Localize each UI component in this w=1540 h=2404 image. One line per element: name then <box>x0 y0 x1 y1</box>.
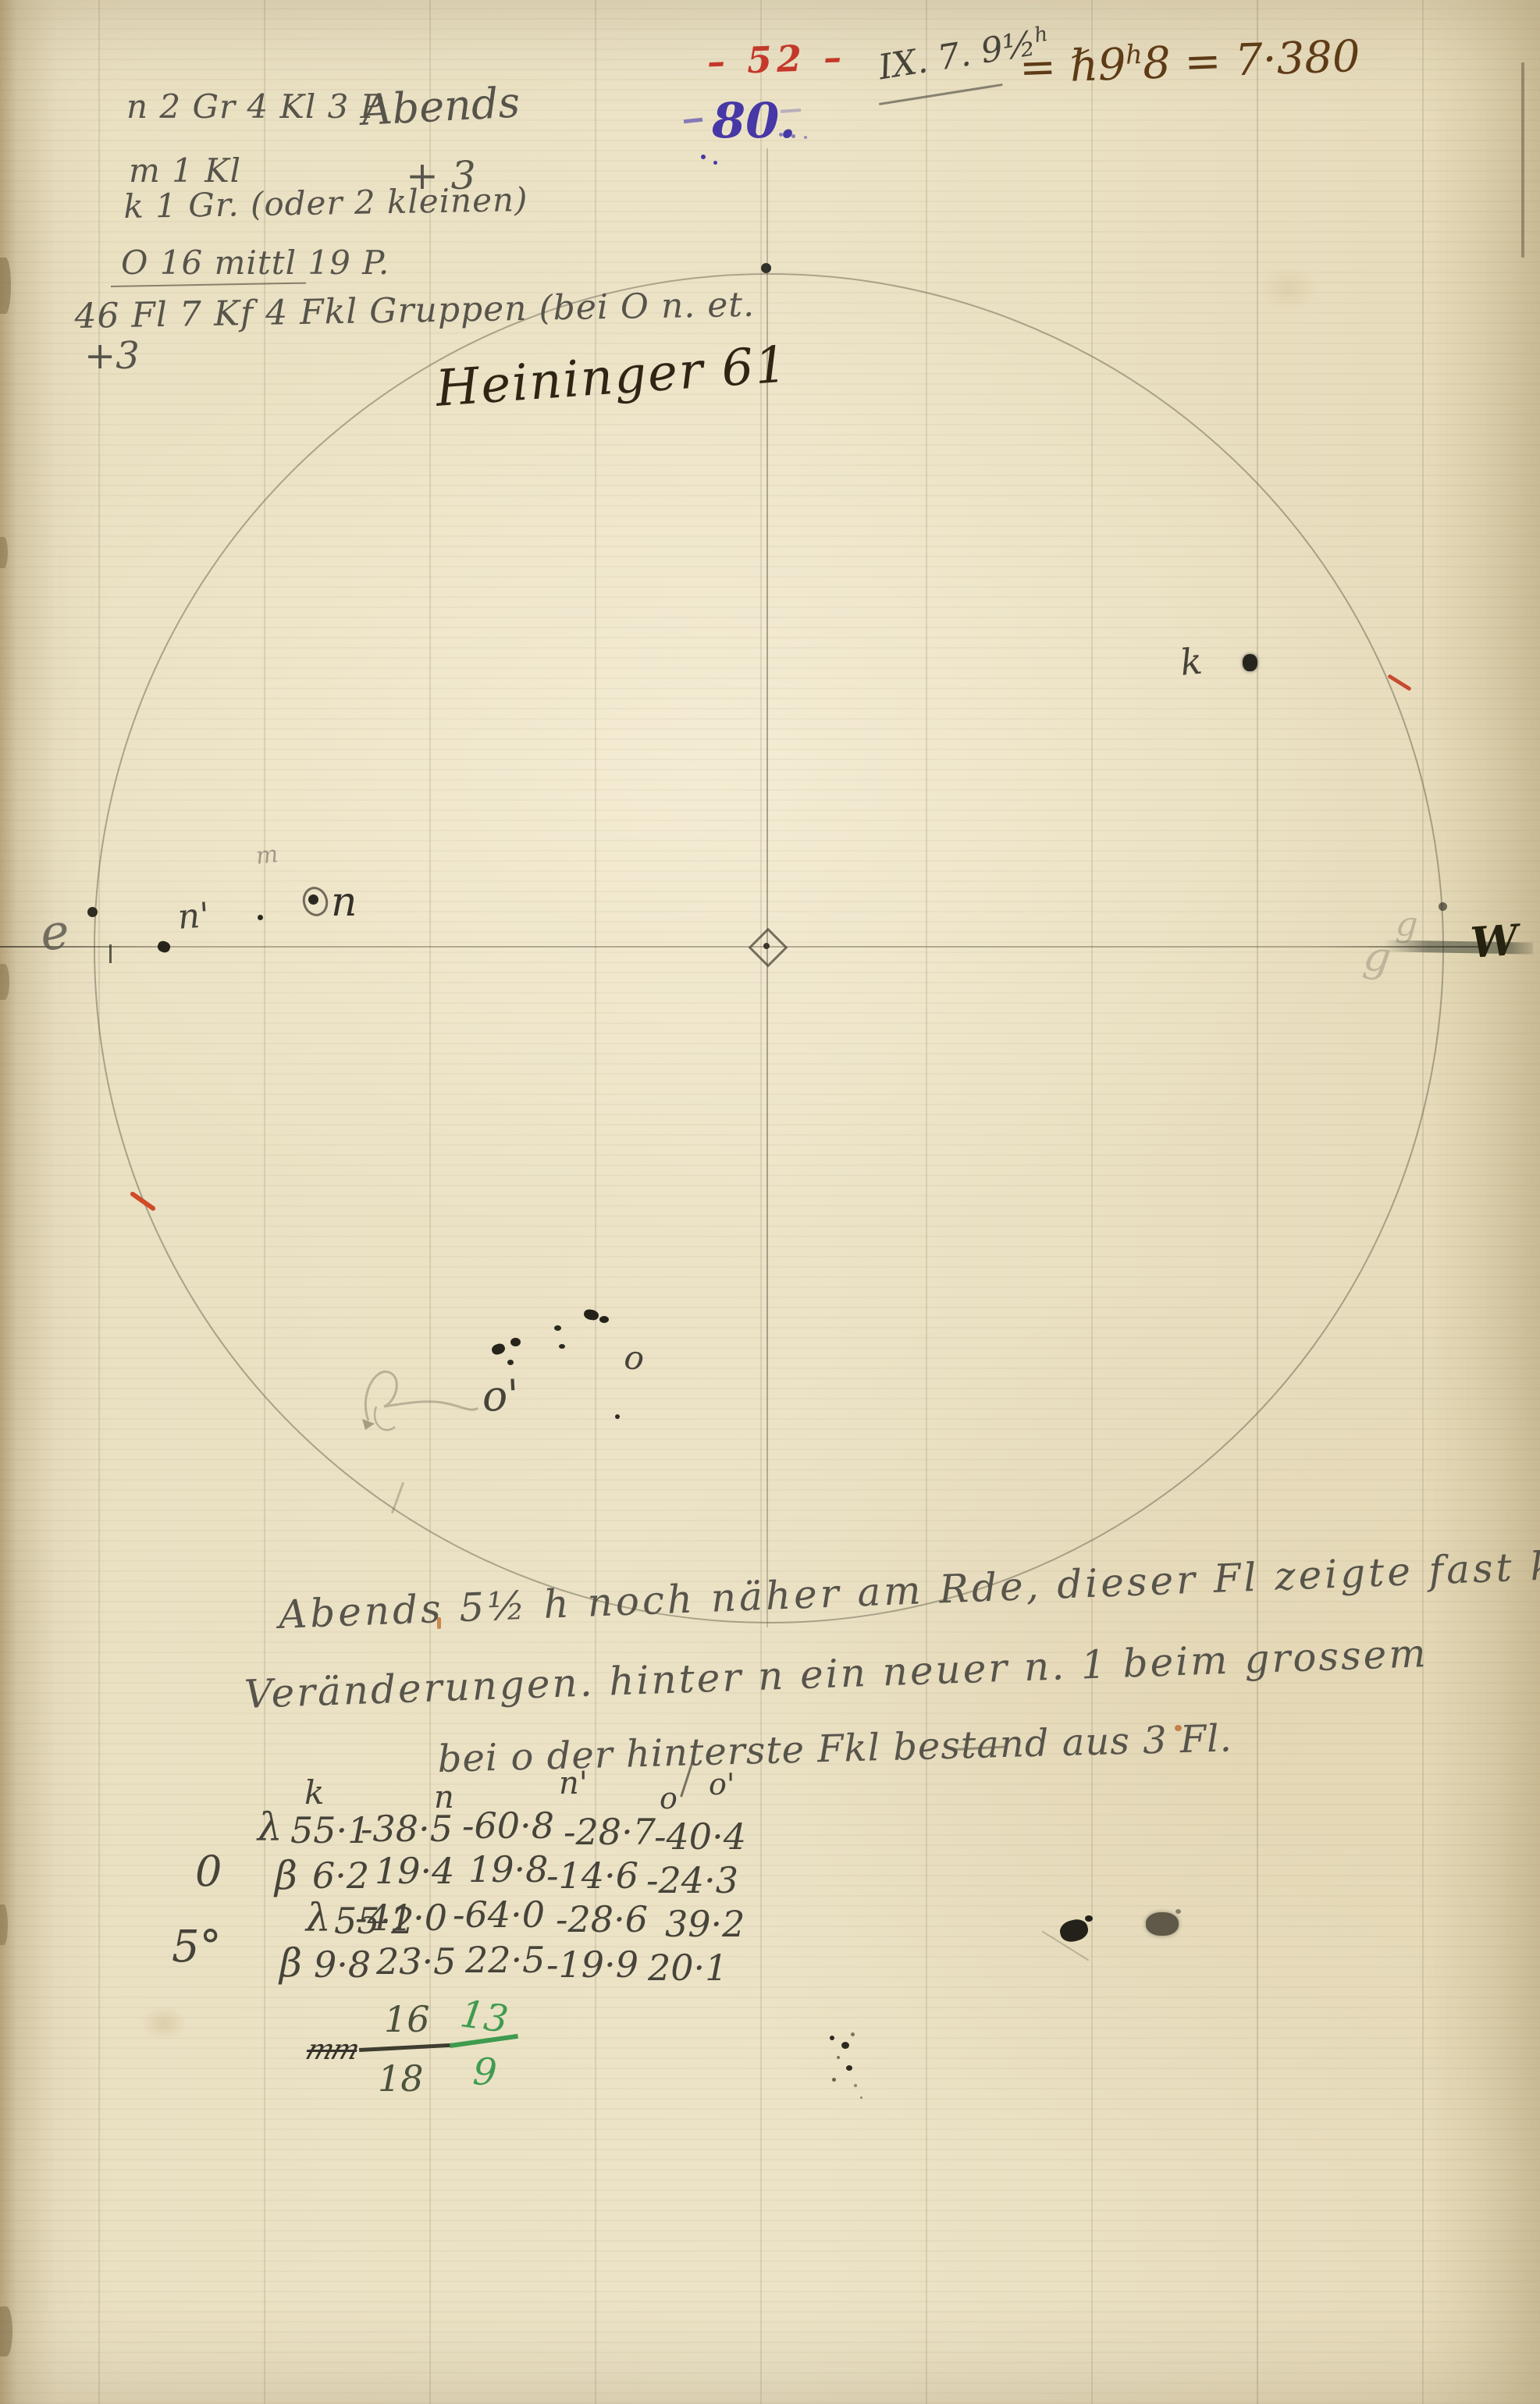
ink-blot <box>1085 1915 1093 1922</box>
table-header-k: k <box>304 1773 324 1812</box>
paper-edge-line <box>1521 62 1524 258</box>
table-cell-r3-c3: -64·0 <box>453 1894 545 1936</box>
calc-text: 8 = 7·380 <box>1142 31 1361 90</box>
table-header-o-prime: o' <box>709 1767 734 1801</box>
paper-edge-notch <box>0 537 8 568</box>
table-cell-r4-prefix: β <box>279 1940 302 1986</box>
table-cell-r1-c2: -38·5 <box>361 1808 453 1850</box>
ink-speckle <box>854 2084 857 2087</box>
stamp-number: 80. <box>712 92 796 149</box>
paper-stain <box>140 2006 187 2040</box>
ink-speckle <box>860 2096 862 2099</box>
ink-speckle <box>846 2065 852 2071</box>
horizontal-axis <box>0 946 1489 948</box>
table-cell-r1-prefix: λ <box>258 1805 283 1850</box>
ink-blot <box>1175 1909 1181 1914</box>
table-header-o: o <box>660 1781 678 1815</box>
table-cell-r4-c4: -19·9 <box>546 1943 638 1986</box>
ink-speckle <box>841 2042 849 2049</box>
table-cell-r3-prefix: λ <box>306 1895 331 1940</box>
sunspot-o-prime-label: o' <box>481 1371 521 1421</box>
sunspot-n-prime-label: n' <box>176 895 211 937</box>
table-cell-r3-c5: 39·2 <box>665 1903 745 1945</box>
blue-dot <box>701 155 706 159</box>
paper-edge-notch <box>0 1904 8 1945</box>
session-label: Abends <box>361 77 521 135</box>
table-cell-r1-c1: 55·1 <box>290 1809 370 1851</box>
paper-edge-notch <box>0 2306 12 2356</box>
sunspot-o-group <box>554 1325 561 1331</box>
table-cell-r4-c1: 9·8 <box>314 1943 371 1986</box>
legend-line-4: O 16 mittl 19 P. <box>121 244 389 282</box>
ink-blot <box>1058 1917 1090 1944</box>
fraction-green-numerator: 13 <box>457 1992 510 2042</box>
position-calculation: = ℏ9h8 = 7·380 <box>1019 31 1361 94</box>
table-cell-r1-c5: -40·4 <box>654 1815 746 1858</box>
table-cell-r2-c1: 6·2 <box>312 1855 369 1897</box>
paper-edge-notch <box>0 258 11 314</box>
ink-speckle <box>830 2036 834 2040</box>
column-rule <box>1422 0 1424 2404</box>
sunspot-o-group <box>559 1344 565 1349</box>
sunspot-n-label: n <box>331 879 357 926</box>
page-number: – 52 – <box>706 36 847 83</box>
sunspot-o-group <box>599 1316 609 1323</box>
fraction-dark-numerator: 16 <box>384 1998 430 2040</box>
sunspot-m-label: m <box>254 841 279 870</box>
table-cell-r4-c2: 23·5 <box>376 1940 456 1983</box>
calc-hour-sup: h <box>1125 39 1143 70</box>
table-cell-r3-c4: -28·6 <box>556 1898 648 1940</box>
date-text: IX. 7. 9½ <box>876 23 1039 87</box>
table-margin-5deg: 5° <box>172 1922 222 1972</box>
date-underline <box>879 84 1002 105</box>
table-cell-r2-prefix: β <box>275 1853 297 1898</box>
notes-line-2: Veränderungen. hinter n ein neuer n. 1 b… <box>244 1631 1429 1717</box>
west-mark-label: W <box>1469 915 1520 968</box>
west-faint-mark: g <box>1394 904 1419 945</box>
table-cell-r4-c3: 22·5 <box>465 1939 545 1981</box>
blue-dash-mark <box>684 118 702 123</box>
small-spot <box>615 1414 620 1419</box>
sunspot-k-label: k <box>1179 640 1204 684</box>
east-mark-label: e <box>37 902 72 962</box>
limb-spot <box>87 907 98 917</box>
ink-speckle <box>851 2032 855 2036</box>
disk-center-point <box>763 943 770 949</box>
fraction-dark-denominator: 18 <box>378 2057 424 2100</box>
blue-dot <box>713 161 717 165</box>
sunspot-o-group <box>510 1338 521 1346</box>
paper-stain <box>1257 265 1319 312</box>
table-cell-r3-c2: -41·0 <box>355 1897 447 1939</box>
table-cell-r2-c3: 19·8 <box>468 1848 548 1890</box>
legend-sum-line <box>111 283 306 287</box>
ink-speckle <box>837 2056 840 2059</box>
table-cell-r2-c5: -24·3 <box>646 1859 738 1901</box>
table-margin-0: 0 <box>195 1847 222 1896</box>
table-cell-r1-c4: -28·7 <box>564 1811 656 1853</box>
sunspot-o-label: o <box>623 1338 646 1378</box>
table-cell-r1-c3: -60·8 <box>462 1805 554 1847</box>
blue-dot <box>804 136 807 139</box>
limb-spot <box>1439 902 1447 911</box>
fraction-green-denominator: 9 <box>471 2050 498 2095</box>
fraction-dark-bar <box>359 2043 457 2052</box>
sunspot-o-group <box>507 1360 514 1365</box>
legend-line-1: n 2 Gr 4 Kl 3 P <box>126 87 383 126</box>
sunspot-n-core <box>308 894 318 905</box>
notes-line-3: bei o der hinterste Fkl bestand aus 3 Fl… <box>437 1716 1232 1781</box>
paper-edge-notch <box>0 964 9 1000</box>
legend-plus: +3 <box>84 334 140 378</box>
legend-line-2: m 1 Kl <box>129 151 241 190</box>
tally-scribble: mm <box>302 2034 363 2066</box>
table-cell-r2-c2: 19·4 <box>375 1850 454 1892</box>
ink-blot <box>1146 1912 1179 1936</box>
disk-top-point <box>761 263 771 273</box>
sunspot-k <box>1243 654 1257 671</box>
calc-text: = ℏ9 <box>1019 39 1127 94</box>
axis-tick <box>109 944 112 963</box>
session-value: + 3 <box>406 153 476 198</box>
table-cell-r4-c5: 20·1 <box>648 1947 727 1989</box>
small-spot <box>258 915 263 920</box>
solar-observation-sheet: – 52 – 80. IX. 7. 9½h = ℏ9h8 = 7·380 n 2… <box>0 0 1540 2404</box>
table-header-n-prime: n' <box>559 1766 588 1801</box>
table-cell-r2-c4: -14·6 <box>546 1855 638 1897</box>
ink-speckle <box>832 2078 836 2082</box>
